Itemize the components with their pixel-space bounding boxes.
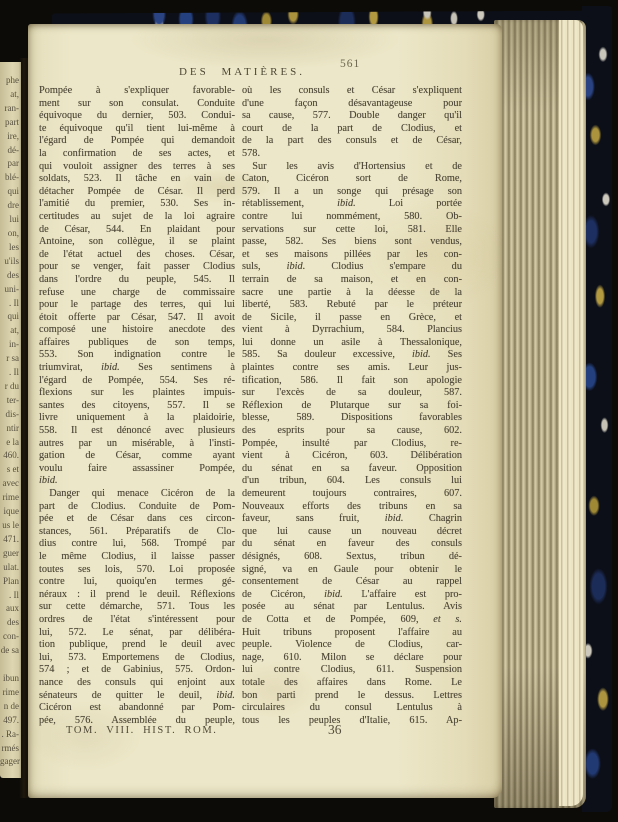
- text-line: qui: [0, 310, 21, 324]
- text-line: lui contre Clodius, 611. Suspension: [242, 664, 462, 677]
- text-line: qui vouloit assigner des terres à ses: [39, 161, 235, 174]
- text-line: part de Clodius. Conduite de Pom-: [39, 501, 235, 514]
- text-line: étoit offerte par César, 547. Il avoit: [39, 312, 235, 325]
- text-line: soldats, 523. Il tâche en vain de: [39, 173, 235, 186]
- text-line: ter-: [0, 394, 21, 408]
- text-line: liberté, 583. Rebuté par le préteur: [242, 299, 462, 312]
- text-line: at,: [0, 88, 21, 102]
- text-line: faveur, sans fruit, ibid. Chagrin: [242, 513, 462, 526]
- text-line: de sa: [0, 644, 21, 658]
- text-line: contre lui, quoiqu'en termes gé-: [39, 576, 235, 589]
- text-line: at,: [0, 324, 21, 338]
- text-line: composé une histoire anecdote des: [39, 324, 235, 337]
- text-line: livre uniquement à la plaidoirie,: [39, 412, 235, 425]
- text-line: ire,: [0, 130, 21, 144]
- text-line: et ses maisons pillées par les con-: [242, 249, 462, 262]
- text-line: du sénat en faveur des consuls: [242, 538, 462, 551]
- text-line: sa cause, 577. Double danger qu'il: [242, 110, 462, 123]
- text-line: 579. Il a un songe qui présage son: [242, 186, 462, 199]
- text-line: 460.: [0, 449, 21, 463]
- index-column-left: Pompée à s'expliquer favorable-ment sur …: [39, 85, 235, 727]
- text-line: dre: [0, 199, 21, 213]
- text-line: que lui cause un nouveau décret: [242, 526, 462, 539]
- text-line: avec: [0, 477, 21, 491]
- text-line: dis-: [0, 408, 21, 422]
- text-line: du sénat en sa faveur. Opposition: [242, 463, 462, 476]
- text-line: on,: [0, 227, 21, 241]
- text-line: ique: [0, 505, 21, 519]
- text-line: l'égard de Pompée qui demandoit: [39, 135, 235, 148]
- text-line: rime: [0, 491, 21, 505]
- text-line: autres par un misérable, à l'insti-: [39, 438, 235, 451]
- text-line: . Il: [0, 297, 21, 311]
- text-line: lui: [0, 213, 21, 227]
- text-line: ibid.: [39, 475, 235, 488]
- previous-page-edge: pheat,ran-partire,dé-parblé-quidreluion,…: [0, 62, 21, 778]
- text-line: de l'état actuel des choses. César,: [39, 249, 235, 262]
- index-column-right: où les consuls et César s'expliquentd'un…: [242, 85, 462, 727]
- text-line: vient à Cicéron, 603. Délibération: [242, 450, 462, 463]
- book-photo: pheat,ran-partire,dé-parblé-quidreluion,…: [0, 0, 618, 822]
- text-line: détacher Pompée de César. Il perd: [39, 186, 235, 199]
- text-line: part: [0, 116, 21, 130]
- text-line: gation de César, comme ayant: [39, 450, 235, 463]
- text-line: pour se venger, fait passer Clodius: [39, 261, 235, 274]
- text-line: de Cicéron, ibid. L'affaire est pro-: [242, 589, 462, 602]
- text-line: blé-: [0, 171, 21, 185]
- text-line: tification, 586. Il fait son apologie: [242, 375, 462, 388]
- text-line: tion publique, prend le deuil avec: [39, 639, 235, 652]
- text-line: voulu faire assassiner Pompée,: [39, 463, 235, 476]
- text-line: rime: [0, 686, 21, 700]
- text-line: dé-: [0, 144, 21, 158]
- text-line: certitudes au sujet de la loi agraire: [39, 211, 235, 224]
- text-line: r du: [0, 380, 21, 394]
- text-line: posée au sénat par Lentulus. Avis: [242, 601, 462, 614]
- text-line: Huit tribuns proposent l'affaire au: [242, 627, 462, 640]
- text-line: le même Clodius, il laisse passer: [39, 551, 235, 564]
- running-title: DES MATIÈRES.: [28, 66, 456, 78]
- text-line: signé, va en Gaule pour obtenir le: [242, 564, 462, 577]
- text-line: rétablissement, ibid. Loi portée: [242, 198, 462, 211]
- text-line: terrain de sa maison, et en con-: [242, 274, 462, 287]
- text-line: 585. Sa douleur excessive, ibid. Ses: [242, 349, 462, 362]
- text-line: ulat.: [0, 561, 21, 575]
- text-line: Danger qui menace Cicéron de la: [39, 488, 235, 501]
- text-line: servations sur cette loi, 581. Elle: [242, 224, 462, 237]
- text-line: des: [0, 269, 21, 283]
- text-line: 574 ; et de Gabinius, 575. Ordon-: [39, 664, 235, 677]
- text-line: totale des affaires dans Rome. Le: [242, 677, 462, 690]
- text-line: sénateurs de quitter le deuil, ibid.: [39, 690, 235, 703]
- text-line: suls, ibid. Clodius s'empare du: [242, 261, 462, 274]
- text-line: 471.: [0, 533, 21, 547]
- text-line: passe, 582. Ses biens sont vendus,: [242, 236, 462, 249]
- text-line: demeurent toujours contraires, 607.: [242, 488, 462, 501]
- text-line: l'égard de Pompée, 554. Ses ré-: [39, 375, 235, 388]
- text-line: des esprits pour sa cause, 602.: [242, 425, 462, 438]
- previous-page-text-fragments: pheat,ran-partire,dé-parblé-quidreluion,…: [0, 62, 21, 769]
- signature-mark: 36: [328, 722, 342, 738]
- fore-edge-page-stack: [494, 20, 586, 808]
- text-line: nance des consuls qui enjoint aux: [39, 677, 235, 690]
- text-line: in-: [0, 338, 21, 352]
- text-line: de Cotta et de Pompée, 609, et s.: [242, 614, 462, 627]
- text-line: par: [0, 157, 21, 171]
- text-line: dans l'ordre du peuple, 545. Il: [39, 274, 235, 287]
- text-line: contre lui nommément, 580. Ob-: [242, 211, 462, 224]
- text-line: équivoque du dernier, 503. Condui-: [39, 110, 235, 123]
- text-line: 553. Son indignation contre le: [39, 349, 235, 362]
- text-line: lui donne un asile à Thessalonique,: [242, 337, 462, 350]
- text-line: sur l'excès de sa douleur, 587.: [242, 387, 462, 400]
- text-line: santes des citoyens, 557. Il se: [39, 400, 235, 413]
- text-line: ntir: [0, 422, 21, 436]
- text-line: pée et de César dans ces circon-: [39, 513, 235, 526]
- text-line: ment sur son consulat. Conduite: [39, 98, 235, 111]
- text-line: Nouveaux efforts des tribuns en sa: [242, 501, 462, 514]
- book-page: DES MATIÈRES. 561 Pompée à s'expliquer f…: [28, 24, 502, 798]
- text-line: lui, 572. Le sénat, par délibéra-: [39, 627, 235, 640]
- text-line: rmés: [0, 742, 21, 756]
- text-line: [0, 658, 21, 672]
- text-line: d'une façon désavantageuse pour: [242, 98, 462, 111]
- text-line: lui, 573. Emportemens de Clodius,: [39, 652, 235, 665]
- text-line: aux: [0, 602, 21, 616]
- text-line: nage, 610. Milon se déclare pour: [242, 652, 462, 665]
- text-line: court de la part de Clodius, et: [242, 123, 462, 136]
- text-line: sur cette démarche, 571. Tous les: [39, 601, 235, 614]
- text-line: les: [0, 241, 21, 255]
- text-line: gager: [0, 755, 21, 769]
- text-line: circulaires du consul Lentulus à: [242, 702, 462, 715]
- text-line: affaires publiques de son temps,: [39, 337, 235, 350]
- text-line: n de: [0, 700, 21, 714]
- text-line: . Ra-: [0, 728, 21, 742]
- text-line: stances, 561. Préparatifs de Clo-: [39, 526, 235, 539]
- text-line: . Il: [0, 589, 21, 603]
- text-line: la confirmation de ses actes, et: [39, 148, 235, 161]
- text-line: 558. Il est dénoncé avec plusieurs: [39, 425, 235, 438]
- text-line: phe: [0, 74, 21, 88]
- text-line: Réflexion de Plutarque sur sa foi-: [242, 400, 462, 413]
- text-line: u'ils: [0, 255, 21, 269]
- text-line: néraux : il prend le deuil. Réflexions: [39, 589, 235, 602]
- text-line: . Il: [0, 366, 21, 380]
- text-line: r sa: [0, 352, 21, 366]
- text-line: 497.: [0, 714, 21, 728]
- text-line: Pompée, insulté par Clodius, re-: [242, 438, 462, 451]
- text-line: de César, 544. En plaidant pour: [39, 224, 235, 237]
- text-line: Antoine, son collègue, il se plaint: [39, 236, 235, 249]
- text-line: bon parti prend le dessus. Lettres: [242, 690, 462, 703]
- page-number: 561: [340, 58, 360, 70]
- text-line: toutes ses lois, 570. Loi proposée: [39, 564, 235, 577]
- text-line: d'un tribun, 604. Les consuls lui: [242, 475, 462, 488]
- text-line: consentement de César au rappel: [242, 576, 462, 589]
- text-line: Plan: [0, 575, 21, 589]
- text-line: e la: [0, 436, 21, 450]
- text-line: triumvirat, ibid. Ses sentimens à: [39, 362, 235, 375]
- text-line: qui: [0, 185, 21, 199]
- volume-footer: TOM. VIII. HIST. ROM.: [66, 725, 217, 736]
- text-line: te équivoque qu'il tient lui-même à: [39, 123, 235, 136]
- text-line: ibun: [0, 672, 21, 686]
- text-line: l'amitié du premier, 530. Ses in-: [39, 198, 235, 211]
- text-line: uni-: [0, 283, 21, 297]
- text-line: tous les peuples d'Italie, 615. Ap-: [242, 715, 462, 728]
- text-line: us le: [0, 519, 21, 533]
- text-line: blesse, 589. Dispositions favorables: [242, 412, 462, 425]
- text-line: guer: [0, 547, 21, 561]
- text-line: refuse une charge de commissaire: [39, 287, 235, 300]
- text-line: pour le partage des terres, qui lui: [39, 299, 235, 312]
- text-line: désignés, 608. Sextus, tribun dé-: [242, 551, 462, 564]
- text-line: de la part des consuls et de César,: [242, 135, 462, 148]
- text-line: sacre une partie à la déesse de la: [242, 287, 462, 300]
- text-line: où les consuls et César s'expliquent: [242, 85, 462, 98]
- text-line: Cicéron est abandonné par Pom-: [39, 702, 235, 715]
- text-line: peuple. Violence de Clodius, car-: [242, 639, 462, 652]
- text-line: con-: [0, 630, 21, 644]
- text-line: ordres de l'état s'intéressent pour: [39, 614, 235, 627]
- text-line: de Sicile, il passe en Grèce, et: [242, 312, 462, 325]
- marbled-cover-right-edge: [582, 6, 612, 812]
- text-line: Caton, Cicéron sort de Rome,: [242, 173, 462, 186]
- text-line: s et: [0, 463, 21, 477]
- text-line: vient à Dyrrachium, 584. Plancius: [242, 324, 462, 337]
- text-line: Pompée à s'expliquer favorable-: [39, 85, 235, 98]
- text-line: dius contre lui, 568. Trompé par: [39, 538, 235, 551]
- text-line: 578.: [242, 148, 462, 161]
- text-line: Sur les avis d'Hortensius et de: [242, 161, 462, 174]
- text-line: plaintes contre ses amis. Leur jus-: [242, 362, 462, 375]
- text-line: ran-: [0, 102, 21, 116]
- text-line: flexions sur les plaintes impuis-: [39, 387, 235, 400]
- text-line: des: [0, 616, 21, 630]
